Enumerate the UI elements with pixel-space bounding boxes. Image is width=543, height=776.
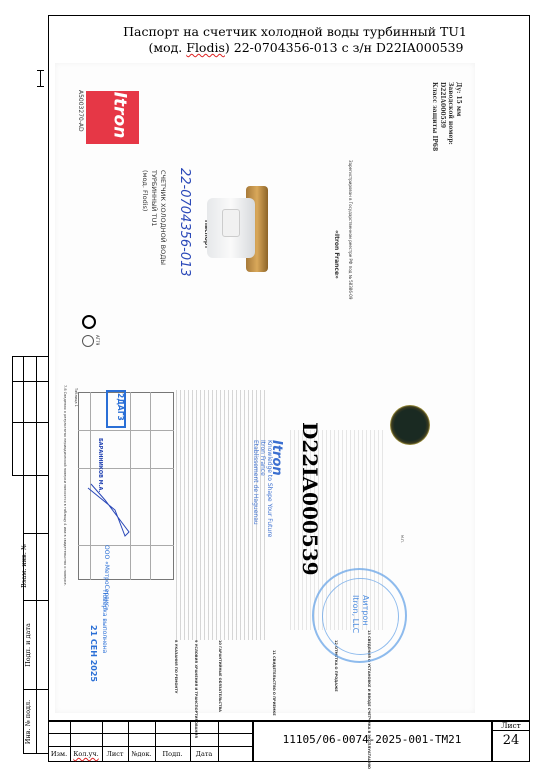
sheet-number: 24	[492, 733, 530, 748]
itron-stamp: Itron Knowledge to Shape Your Future Itr…	[252, 440, 280, 537]
section-acceptance: 11 СВИДЕТЕЛЬСТВО О ПРИЕМКЕ	[272, 650, 276, 716]
label-inv-orig: Инв. № подл.	[24, 700, 32, 744]
page-title: Паспорт на счетчик холодной воды турбинн…	[60, 24, 530, 56]
eac-mark-icon	[82, 315, 96, 329]
header-signature: Подп.	[155, 750, 190, 758]
mp-label: М.П.	[400, 535, 404, 543]
label-inv-replace: Взам. инв. №	[20, 544, 28, 588]
doc-code: A5003270-AD	[77, 90, 84, 132]
sheet-label: Лист	[492, 721, 530, 730]
text-cursor-icon	[40, 70, 47, 87]
header-doc-no: №док.	[128, 750, 155, 758]
serial-number-large: D22IA000539	[298, 422, 322, 576]
meter-cap	[222, 209, 240, 237]
table-caption: 7.8 Сведения о результатах периодической…	[63, 385, 67, 586]
header-qty: Кол.уч.	[70, 750, 102, 758]
section-warranty: 10 ГАРАНТИЙНЫЕ ОБЯЗАТЕЛЬСТВА	[218, 640, 222, 712]
field-inv-replace: Взам. инв. №	[23, 533, 37, 601]
registry-note: Зарегистрирован в Государственном реестр…	[348, 160, 353, 299]
handwritten-number: 22-0704356-013	[177, 168, 192, 277]
signature	[85, 480, 135, 540]
pc-mark-icon	[82, 335, 94, 347]
label-sign-date: Подп. и дата	[24, 623, 32, 667]
title-block: Изм. Кол.уч. Лист №док. Подп. Дата 11105…	[48, 720, 530, 762]
title-line-2: (мод. Flodis) 22-0704356-013 с з/н D22IA…	[60, 40, 530, 56]
verifier-mark: 2ДАГ3	[116, 393, 125, 421]
field-inv-orig: Инв. № подл.	[23, 689, 37, 754]
product-title: СЧЕТЧИК ХОЛОДНОЙ ВОДЫ ТУРБИННЫЙ TU1 (мод…	[140, 170, 167, 265]
meter-specs: Ду: 15 мм Заводской номер: D22IA000539 К…	[430, 82, 462, 151]
section-repair: 8 УКАЗАНИЯ ПО РЕМОНТУ	[174, 640, 178, 693]
manufacturer: «Itron France»	[333, 230, 340, 279]
round-stamp-text: Аитрон Itron, LLC	[350, 595, 370, 633]
title-line-1: Паспорт на счетчик холодной воды турбинн…	[60, 24, 530, 40]
header-date: Дата	[190, 750, 218, 758]
itron-logo: Itron	[86, 91, 139, 144]
header-sheet: Лист	[102, 750, 128, 758]
result-stamp: Поверка выполнена	[101, 590, 108, 653]
hologram-sticker	[390, 405, 430, 445]
document-number: 11105/06-0074-2025-001-ТМ21	[253, 733, 491, 746]
field-sign-date: Подп. и дата	[23, 600, 37, 690]
model-name: Flodis	[186, 40, 225, 55]
cert-mark: АГ79	[95, 335, 100, 345]
date-stamp: 21 СЕН 2025	[89, 625, 98, 682]
header-change: Изм.	[48, 750, 70, 758]
